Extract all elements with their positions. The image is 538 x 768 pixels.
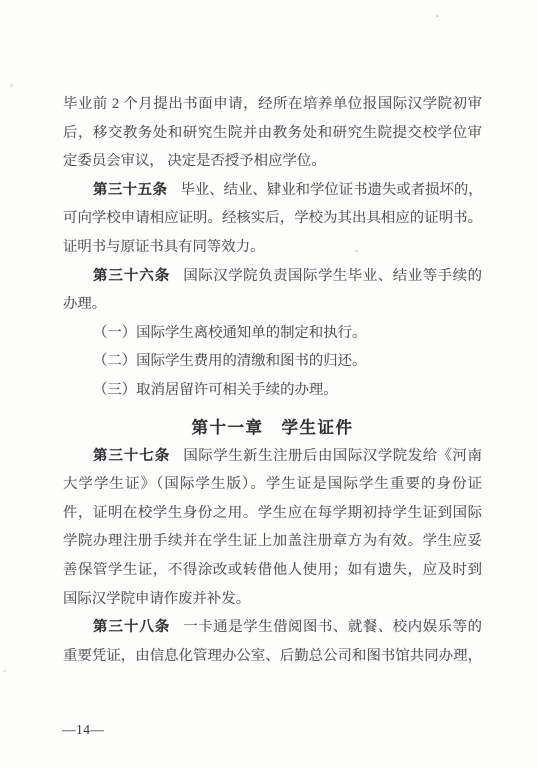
text-line: 善保管学生证，不得涂改或转借他人使用；如有遗失，应及时到 — [63, 556, 482, 585]
line-text: （二）国际学生费用的清缴和图书的归还。 — [93, 353, 366, 369]
line-text: 学院办理注册手续并在学生证上加盖注册章方为有效。学生应妥 — [63, 533, 482, 549]
line-text: 国际汉学院负责国际学生毕业、结业等手续的 — [183, 268, 482, 284]
article-number: 第三十六条 — [93, 268, 170, 284]
text-line: 第三十六条国际汉学院负责国际学生毕业、结业等手续的 — [63, 262, 482, 291]
line-text: 国际学生新生注册后由国际汉学院发给《河南 — [183, 448, 482, 464]
line-text: 定委员会审议， 决定是否授予相应学位。 — [63, 153, 326, 169]
text-line: 毕业前 2 个月提出书面申请，经所在培养单位报国际汉学院初审 — [63, 90, 482, 119]
line-text: 重要凭证，由信息化管理办公室、后勤总公司和图书馆共同办理， — [63, 648, 482, 664]
line-text: （一）国际学生离校通知单的制定和执行。 — [93, 325, 366, 341]
text-line: 学院办理注册手续并在学生证上加盖注册章方为有效。学生应妥 — [63, 527, 482, 556]
line-text: 件，证明在校学生身份之用。学生应在每学期初持学生证到国际 — [63, 505, 482, 521]
line-text: 国际汉学院申请作废并补发。 — [63, 591, 250, 607]
line-text: 后，移交教务处和研究生院并由教务处和研究生院提交校学位审 — [63, 125, 482, 141]
list-item: （一）国际学生离校通知单的制定和执行。 — [63, 319, 482, 348]
text-line: 定委员会审议， 决定是否授予相应学位。 — [63, 147, 482, 176]
text-line: 后，移交教务处和研究生院并由教务处和研究生院提交校学位审 — [63, 119, 482, 148]
line-text: 证明书与原证书具有同等效力。 — [63, 239, 264, 255]
scan-speck — [10, 84, 13, 87]
text-line: 件，证明在校学生身份之用。学生应在每学期初持学生证到国际 — [63, 499, 482, 528]
line-text: （三）取消居留许可相关手续的办理。 — [93, 382, 338, 398]
text-line: 重要凭证，由信息化管理办公室、后勤总公司和图书馆共同办理， — [63, 642, 482, 671]
text-line: 证明书与原证书具有同等效力。 — [63, 233, 482, 262]
article-number: 第三十七条 — [93, 448, 170, 464]
text-line: 第三十八条一卡通是学生借阅图书、就餐、校内娱乐等的 — [63, 613, 482, 642]
list-item: （二）国际学生费用的清缴和图书的归还。 — [63, 347, 482, 376]
text-line: 大学学生证》（国际学生版）。学生证是国际学生重要的身份证 — [63, 470, 482, 499]
line-text: 善保管学生证，不得涂改或转借他人使用；如有遗失，应及时到 — [63, 562, 482, 578]
text-line: 第三十五条毕业、结业、肄业和学位证书遗失或者损坏的， — [63, 176, 482, 205]
page-number: —14— — [62, 722, 105, 738]
text-line: 办理。 — [63, 290, 482, 319]
scanned-document-page: 毕业前 2 个月提出书面申请，经所在培养单位报国际汉学院初审 后，移交教务处和研… — [0, 0, 538, 768]
line-text: 一卡通是学生借阅图书、就餐、校内娱乐等的 — [183, 619, 482, 635]
line-text: 可向学校申请相应证明。经核实后，学校为其出具相应的证明书。 — [63, 210, 482, 226]
chapter-heading: 第十一章 学生证件 — [63, 413, 482, 442]
text-line: 国际汉学院申请作废并补发。 — [63, 585, 482, 614]
line-text: 办理。 — [63, 296, 106, 312]
scan-speck — [436, 15, 439, 17]
text-line: 第三十七条国际学生新生注册后由国际汉学院发给《河南 — [63, 442, 482, 471]
line-text: 毕业、结业、肄业和学位证书遗失或者损坏的， — [180, 182, 482, 198]
scan-speck — [3, 670, 6, 672]
line-text: 毕业前 2 个月提出书面申请，经所在培养单位报国际汉学院初审 — [63, 96, 482, 112]
text-line: 可向学校申请相应证明。经核实后，学校为其出具相应的证明书。 — [63, 204, 482, 233]
article-number: 第三十五条 — [93, 182, 167, 198]
article-number: 第三十八条 — [93, 619, 170, 635]
line-text: 大学学生证》（国际学生版）。学生证是国际学生重要的身份证 — [63, 476, 482, 492]
document-body: 毕业前 2 个月提出书面申请，经所在培养单位报国际汉学院初审 后，移交教务处和研… — [63, 90, 482, 670]
list-item: （三）取消居留许可相关手续的办理。 — [63, 376, 482, 405]
